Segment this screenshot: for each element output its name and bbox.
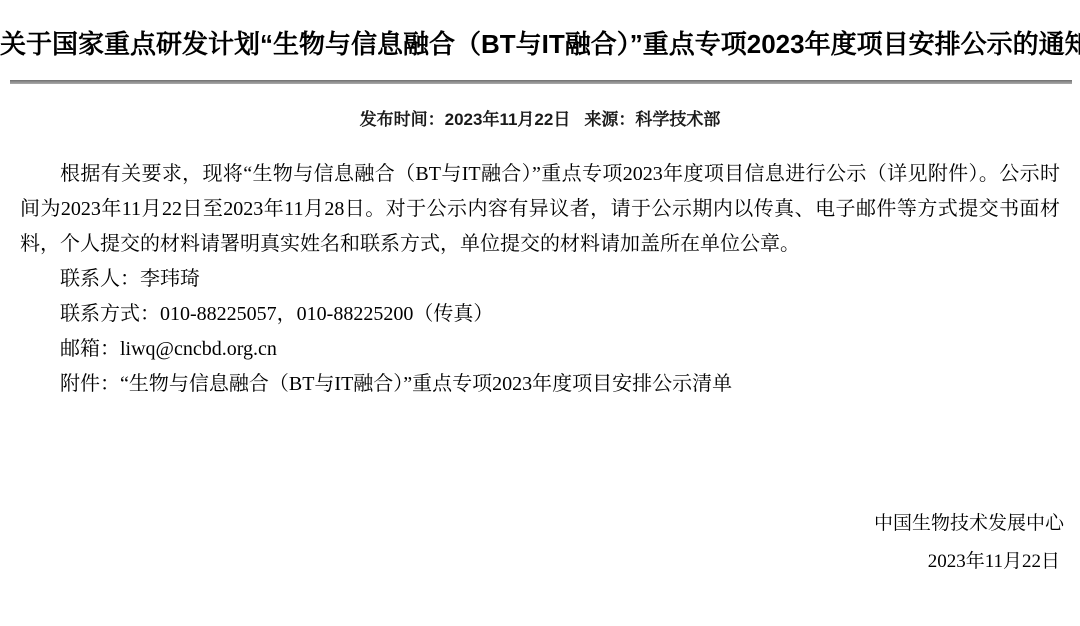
main-paragraph: 根据有关要求，现将“生物与信息融合（BT与IT融合）”重点专项2023年度项目信…: [20, 157, 1060, 262]
signature-date: 2023年11月22日: [0, 543, 1064, 581]
signature-block: 中国生物技术发展中心 2023年11月22日: [0, 505, 1080, 581]
attachment-line: 附件：“生物与信息融合（BT与IT融合）”重点专项2023年度项目安排公示清单: [20, 367, 1060, 402]
contact-phone-line: 联系方式：010-88225057，010-88225200（传真）: [20, 297, 1060, 332]
signature-organization: 中国生物技术发展中心: [0, 505, 1064, 543]
publish-info-bar: 发布时间：2023年11月22日来源：科学技术部: [0, 109, 1080, 131]
title-divider: [10, 80, 1072, 84]
document-body: 根据有关要求，现将“生物与信息融合（BT与IT融合）”重点专项2023年度项目信…: [20, 157, 1060, 402]
publish-time-text: 发布时间：2023年11月22日: [360, 110, 571, 129]
document-title: 关于国家重点研发计划“生物与信息融合（BT与IT融合）”重点专项2023年度项目…: [0, 0, 1080, 61]
source-text: 来源：科学技术部: [584, 110, 720, 129]
contact-person-line: 联系人：李玮琦: [20, 262, 1060, 297]
contact-email-line: 邮箱：liwq@cncbd.org.cn: [20, 332, 1060, 367]
notice-document: 关于国家重点研发计划“生物与信息融合（BT与IT融合）”重点专项2023年度项目…: [0, 0, 1080, 626]
